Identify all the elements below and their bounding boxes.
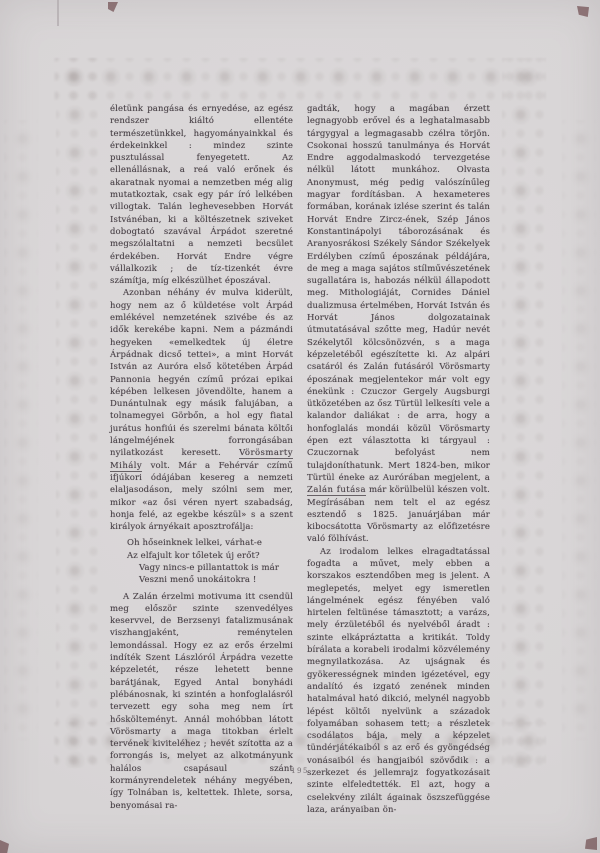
verse-block: Oh hőseinknek lelkei, várhat-eAz elfajul… <box>127 537 293 586</box>
ornament-border-right <box>502 58 544 768</box>
text-block: életünk pangása és ernyedése, az egész r… <box>110 103 490 719</box>
verse-line: Az elfajult kor tőletek új erőt? <box>127 550 293 562</box>
verse-line: Oh hőseinknek lelkei, várhat-e <box>127 537 293 549</box>
paragraph: életünk pangása és ernyedése, az egész r… <box>110 103 293 287</box>
text-segment: volt. Már a Fehérvár czímű ifjúkori ódáj… <box>110 461 293 532</box>
text-segment: életünk pangása és ernyedése, az egész r… <box>110 104 293 286</box>
ornament-border-top <box>54 58 546 102</box>
right-column: gadták, hogy a magában érzett legnagyobb… <box>307 103 490 719</box>
paragraph: Az irodalom lelkes elragadtatással fogad… <box>307 546 490 817</box>
ornament-border-left <box>56 58 98 768</box>
paragraph: gadták, hogy a magában érzett legnagyobb… <box>307 103 490 546</box>
text-segment: gadták, hogy a magában érzett legnagyobb… <box>307 104 490 483</box>
corner-artifact-top-left <box>108 2 118 12</box>
verse-line: Veszni menő unokáitokra ! <box>139 574 293 586</box>
paragraph: A Zalán érzelmi motivuma itt csendül meg… <box>110 591 293 812</box>
verse-line: Vagy nincs-e pillantattok is már <box>139 562 293 574</box>
scan-streak-artifact <box>57 0 59 26</box>
bleedthrough-left-margin <box>4 120 38 740</box>
bleedthrough-right-margin <box>562 120 596 740</box>
text-segment: A Zalán érzelmi motivuma itt csendül meg… <box>110 592 293 811</box>
paragraph: Azonban néhány év mulva kiderült, hogy n… <box>110 287 293 533</box>
book-page-scan: életünk pangása és ernyedése, az egész r… <box>0 0 600 853</box>
corner-artifact-bottom-left <box>0 840 9 853</box>
corner-artifact-top-right <box>577 6 589 17</box>
corner-artifact-bottom-right <box>585 837 597 850</box>
text-segment: Azonban néhány év mulva kiderült, hogy n… <box>110 288 293 458</box>
underlined-name: Zalán futása <box>307 485 366 496</box>
left-column: életünk pangása és ernyedése, az egész r… <box>110 103 293 719</box>
page-number: 195 <box>0 767 600 775</box>
